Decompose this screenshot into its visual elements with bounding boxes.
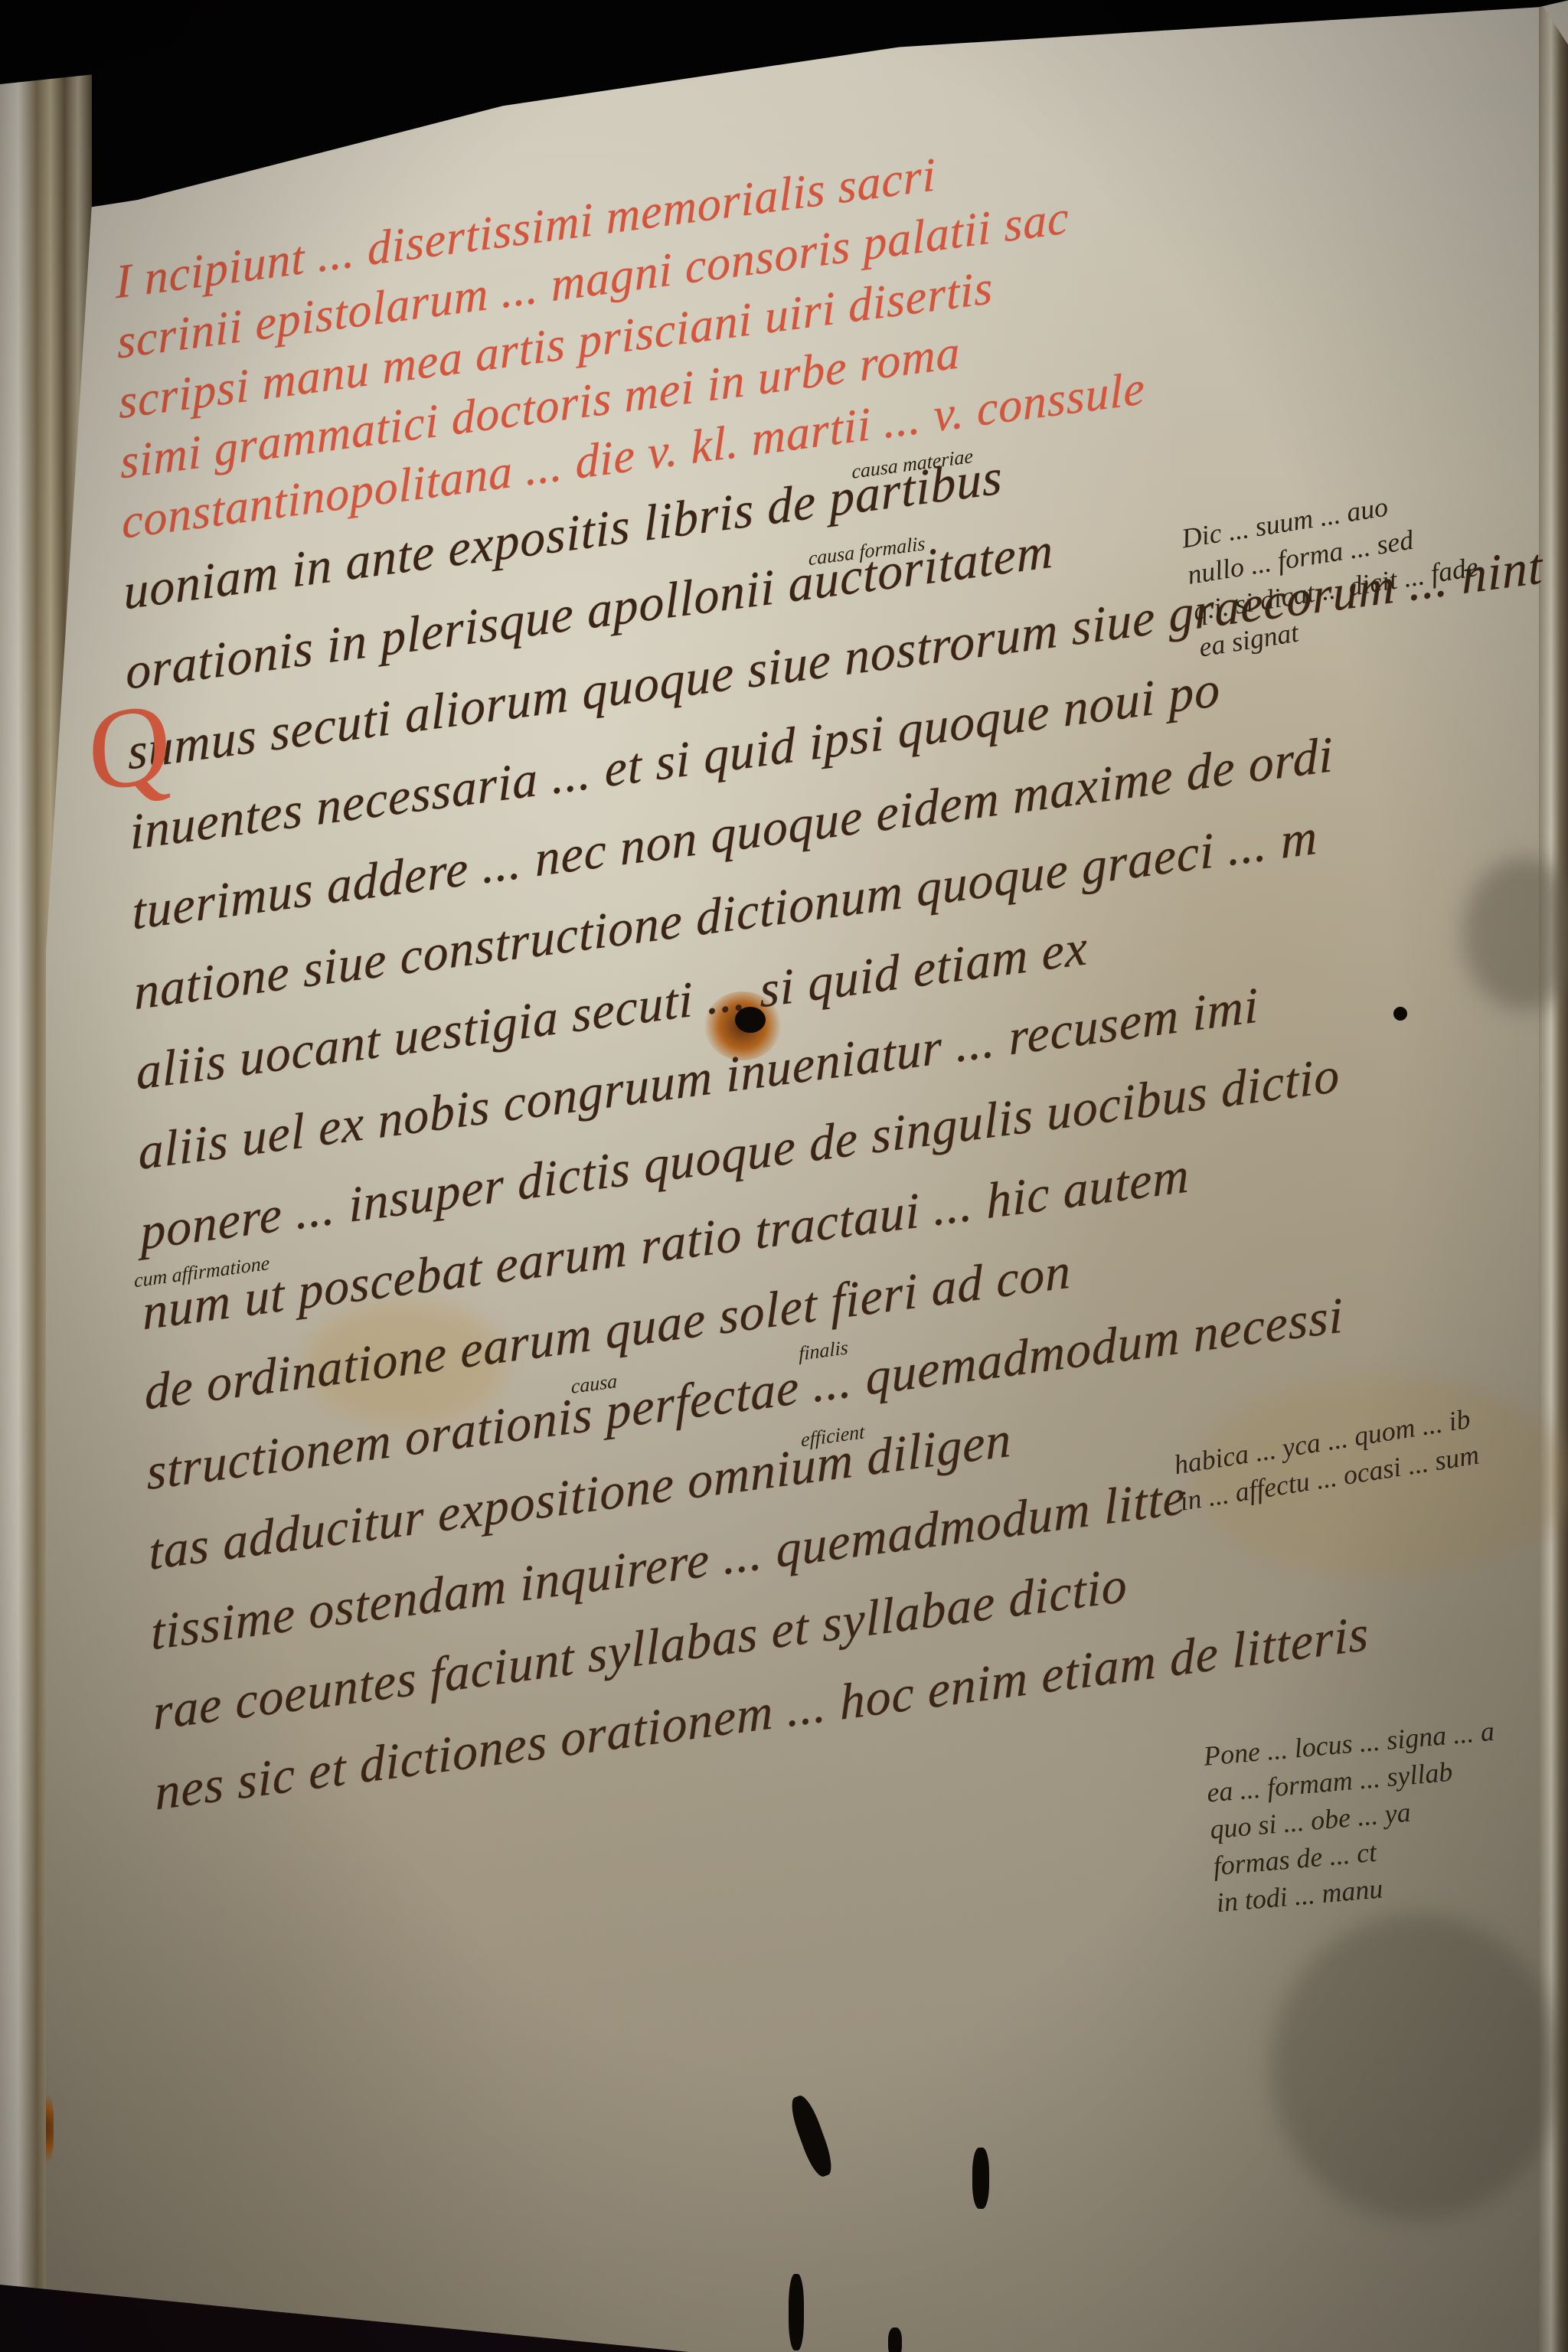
decorated-initial: Q bbox=[87, 684, 171, 811]
worm-hole bbox=[789, 2274, 804, 2350]
worm-hole bbox=[1393, 1007, 1407, 1021]
worm-hole bbox=[972, 2148, 989, 2209]
margin-note-lower-right: Pone ... locus ... signa ... a ea ... fo… bbox=[1202, 1713, 1508, 1921]
stain bbox=[1462, 857, 1568, 1011]
stain bbox=[1271, 1914, 1562, 2220]
worm-hole bbox=[888, 2327, 902, 2352]
worm-hole bbox=[786, 2092, 837, 2180]
manuscript-text-block: I ncipiunt ... disertissimi memorialis s… bbox=[115, 111, 1234, 1834]
